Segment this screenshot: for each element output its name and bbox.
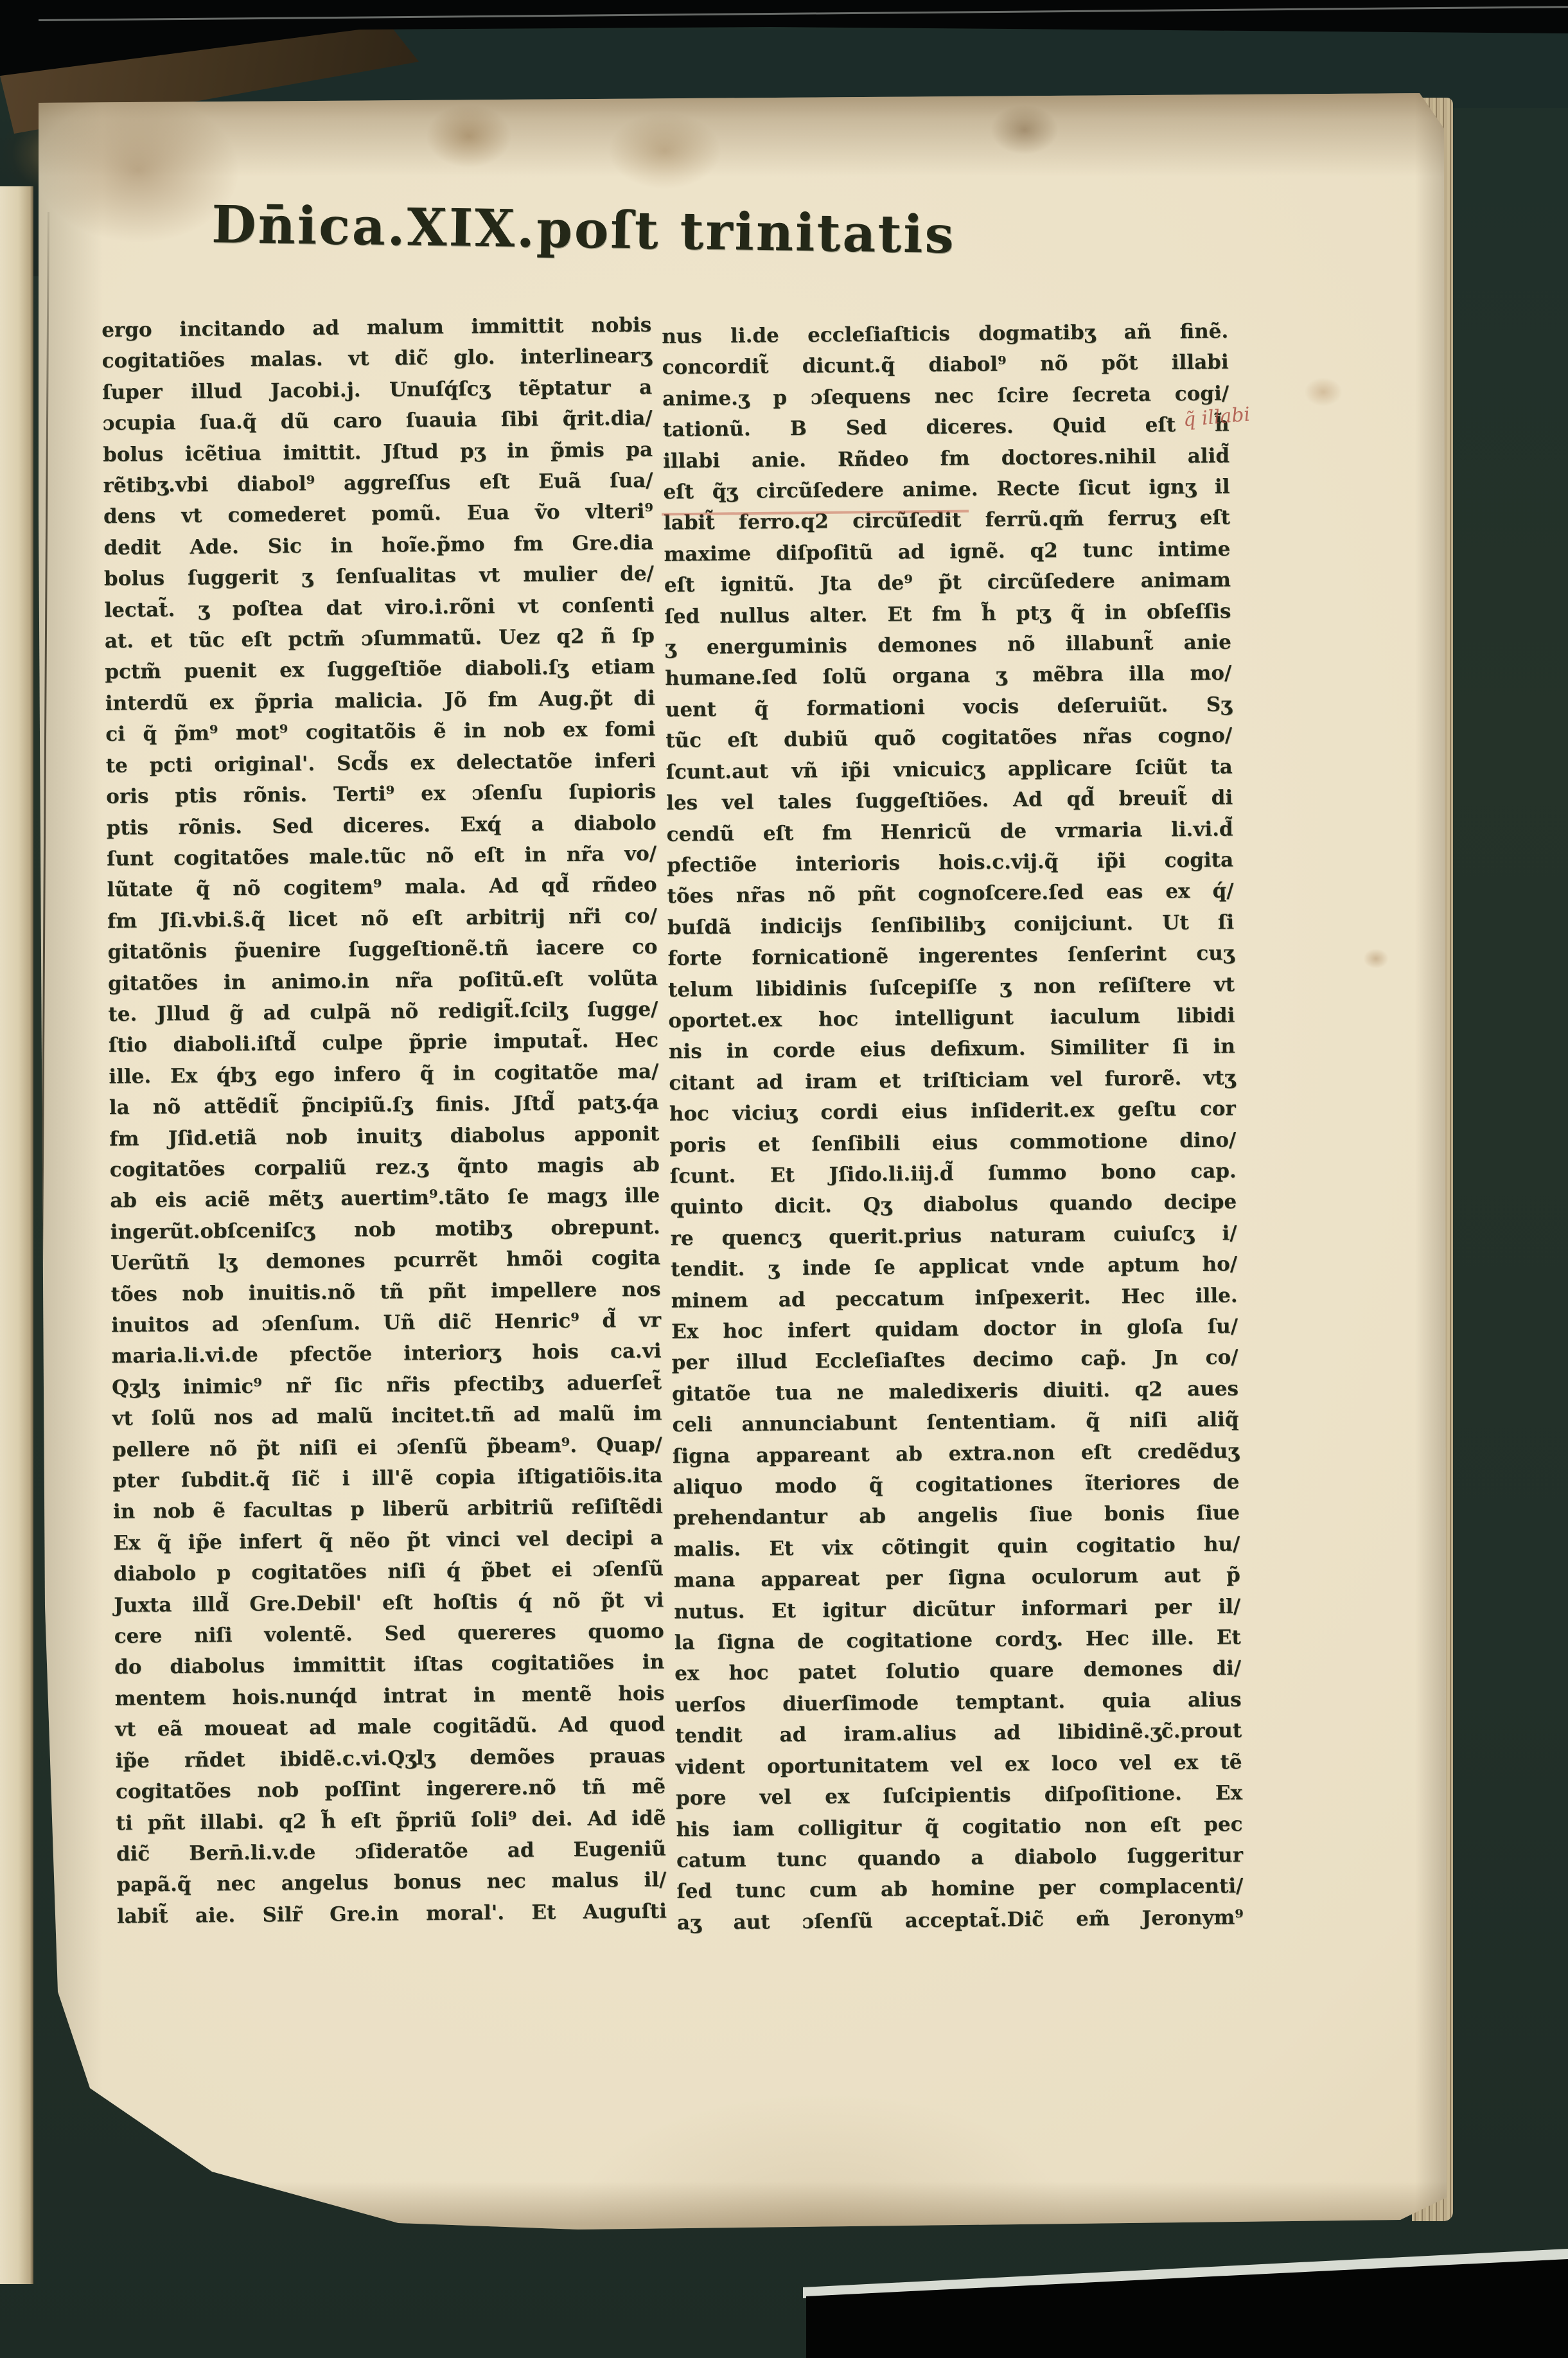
page-header-title: Dn̄ica.XIX.poſt trinitatis	[211, 194, 1034, 266]
book-scan-photo: Dn̄ica.XIX.poſt trinitatis ergo incitand…	[0, 0, 1568, 2358]
text-column-right: nus li.de eccleſiaſticis dogmatibʒ añ fi…	[662, 316, 1244, 1938]
book-page: Dn̄ica.XIX.poſt trinitatis ergo incitand…	[19, 90, 1450, 2242]
underlying-page-edge	[0, 186, 33, 2284]
text-column-left: ergo incitando ad malum immittit nobis c…	[101, 310, 667, 1932]
